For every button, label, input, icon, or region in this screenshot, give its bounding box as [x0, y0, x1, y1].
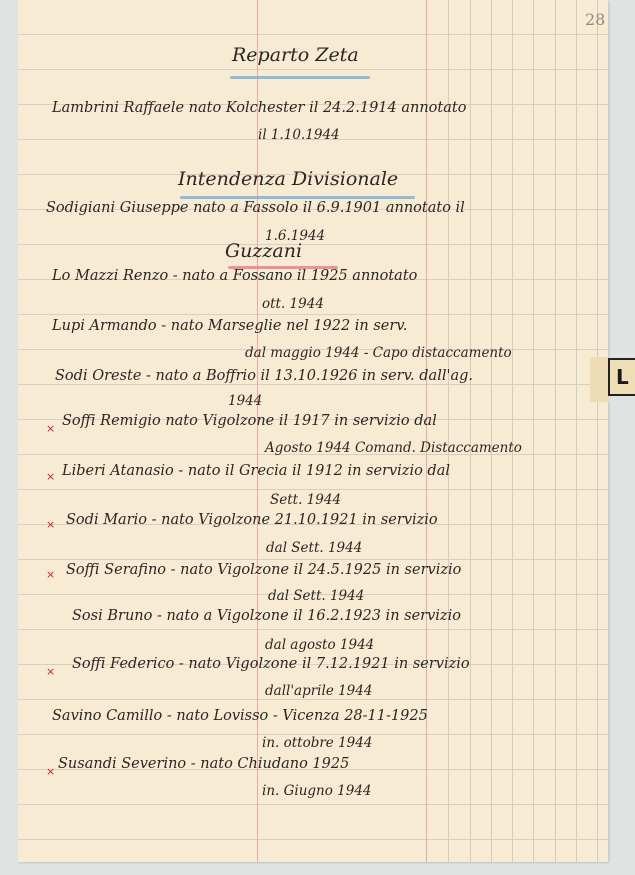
entry-line: Lupi Armando - nato Marseglie nel 1922 i…	[52, 318, 407, 334]
entry-line: Savino Camillo - nato Lovisso - Vicenza …	[52, 708, 428, 724]
entry-continuation: dall'aprile 1944	[265, 683, 372, 699]
entry-line: Soffi Federico - nato Vigolzone il 7.12.…	[72, 656, 470, 672]
entry-continuation: dal Sett. 1944	[268, 588, 364, 604]
entry-line: Sodigiani Giuseppe nato a Fassolo il 6.9…	[46, 200, 465, 216]
entry-continuation: Agosto 1944 Comand. Distaccamento	[265, 440, 522, 456]
grid-line	[555, 0, 556, 862]
section-heading: Intendenza Divisionale	[178, 168, 398, 190]
grid-line	[448, 0, 449, 862]
entry-line: Lambrini Raffaele nato Kolchester il 24.…	[52, 100, 466, 116]
index-tab-label: L	[616, 365, 629, 389]
grid-line	[597, 0, 598, 862]
entry-continuation: dal agosto 1944	[265, 637, 374, 653]
entry-continuation: dal maggio 1944 - Capo distaccamento	[245, 345, 512, 361]
entry-line: Sodi Mario - nato Vigolzone 21.10.1921 i…	[66, 512, 438, 528]
entry-line: Liberi Atanasio - nato il Grecia il 1912…	[62, 463, 450, 479]
entry-line: Soffi Remigio nato Vigolzone il 1917 in …	[62, 413, 437, 429]
x-mark-icon: ×	[46, 665, 55, 678]
entry-line: Sodi Oreste - nato a Boffrio il 13.10.19…	[55, 368, 473, 384]
entry-line: Susandi Severino - nato Chiudano 1925	[58, 756, 349, 772]
x-mark-icon: ×	[46, 568, 55, 581]
entry-line: Soffi Serafino - nato Vigolzone il 24.5.…	[66, 562, 461, 578]
tab-backing	[590, 357, 610, 402]
section-heading: Reparto Zeta	[232, 44, 359, 66]
heading-underline	[230, 76, 370, 79]
grid-line	[491, 0, 492, 862]
index-tab: L	[608, 358, 635, 396]
grid-line	[512, 0, 513, 862]
entry-continuation: ott. 1944	[262, 296, 324, 312]
grid-line	[470, 0, 471, 862]
grid-line	[576, 0, 577, 862]
page-number: 28	[585, 10, 605, 29]
heading-underline	[180, 196, 415, 199]
entry-continuation: 1944	[228, 393, 262, 409]
section-heading: Guzzani	[225, 240, 302, 262]
entry-continuation: Sett. 1944	[270, 492, 341, 508]
x-mark-icon: ×	[46, 765, 55, 778]
x-mark-icon: ×	[46, 470, 55, 483]
x-mark-icon: ×	[46, 422, 55, 435]
x-mark-icon: ×	[46, 518, 55, 531]
entry-line: Sosi Bruno - nato a Vigolzone il 16.2.19…	[72, 608, 461, 624]
entry-continuation: in. Giugno 1944	[262, 783, 372, 799]
entry-continuation: il 1.10.1944	[258, 127, 340, 143]
entry-continuation: dal Sett. 1944	[266, 540, 362, 556]
margin-line	[426, 0, 427, 862]
entry-continuation: in. ottobre 1944	[262, 735, 372, 751]
grid-line	[533, 0, 534, 862]
entry-line: Lo Mazzi Renzo - nato a Fossano il 1925 …	[52, 268, 417, 284]
